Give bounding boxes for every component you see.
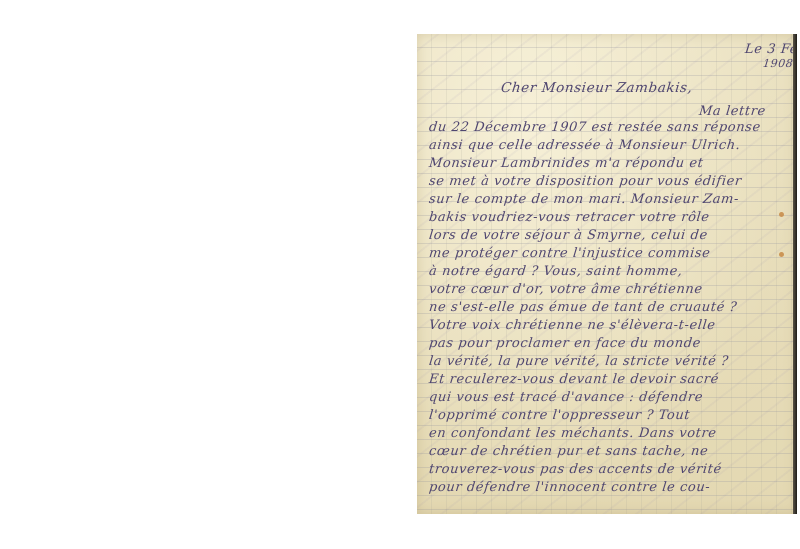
letter-line: sur le compte de mon mari. Monsieur Zam- [428, 192, 740, 207]
letter-line: Votre voix chrétienne ne s'élèvera-t-ell… [428, 318, 716, 333]
letter-line: lors de votre séjour à Smyrne, celui de [428, 228, 708, 243]
letter-line: du 22 Décembre 1907 est restée sans répo… [428, 120, 761, 135]
letter-line: la vérité, la pure vérité, la stricte vé… [428, 354, 729, 369]
letter-line: en confondant les méchants. Dans votre [428, 426, 717, 441]
letter-line: Et reculerez-vous devant le devoir sacré [428, 372, 719, 387]
salutation: Cher Monsieur Zambakis, [500, 80, 693, 96]
viewer-canvas: Le 3 Février 1908 Cher Monsieur Zambakis… [0, 0, 800, 549]
letter-line: bakis voudriez-vous retracer votre rôle [428, 210, 710, 225]
letter-line: à notre égard ? Vous, saint homme, [428, 264, 683, 279]
date-line: Le 3 Février [744, 42, 797, 57]
letter-line: Ma lettre [698, 104, 766, 119]
letter-line: ne s'est-elle pas émue de tant de cruaut… [428, 300, 738, 315]
page-edge-shadow [793, 34, 797, 514]
letter-line: l'opprimé contre l'oppresseur ? Tout [428, 408, 691, 423]
paper-stain [779, 252, 784, 257]
paper-stain [779, 212, 784, 217]
letter-line: Monsieur Lambrinides m'a répondu et [428, 156, 704, 171]
letter-line: pour défendre l'innocent contre le cou- [428, 480, 711, 495]
letter-line: me protéger contre l'injustice commise [428, 246, 711, 261]
date-year: 1908 [762, 57, 794, 70]
letter-line: votre cœur d'or, votre âme chrétienne [428, 282, 703, 297]
letter-line: cœur de chrétien pur et sans tache, ne [428, 444, 709, 459]
letter-line: ainsi que celle adressée à Monsieur Ulri… [428, 138, 741, 153]
letter-page: Le 3 Février 1908 Cher Monsieur Zambakis… [417, 34, 797, 514]
letter-line: trouverez-vous pas des accents de vérité [428, 462, 722, 477]
letter-line: se met à votre disposition pour vous édi… [428, 174, 742, 189]
letter-line: pas pour proclamer en face du monde [428, 336, 701, 351]
letter-line: qui vous est tracé d'avance : défendre [428, 390, 704, 405]
